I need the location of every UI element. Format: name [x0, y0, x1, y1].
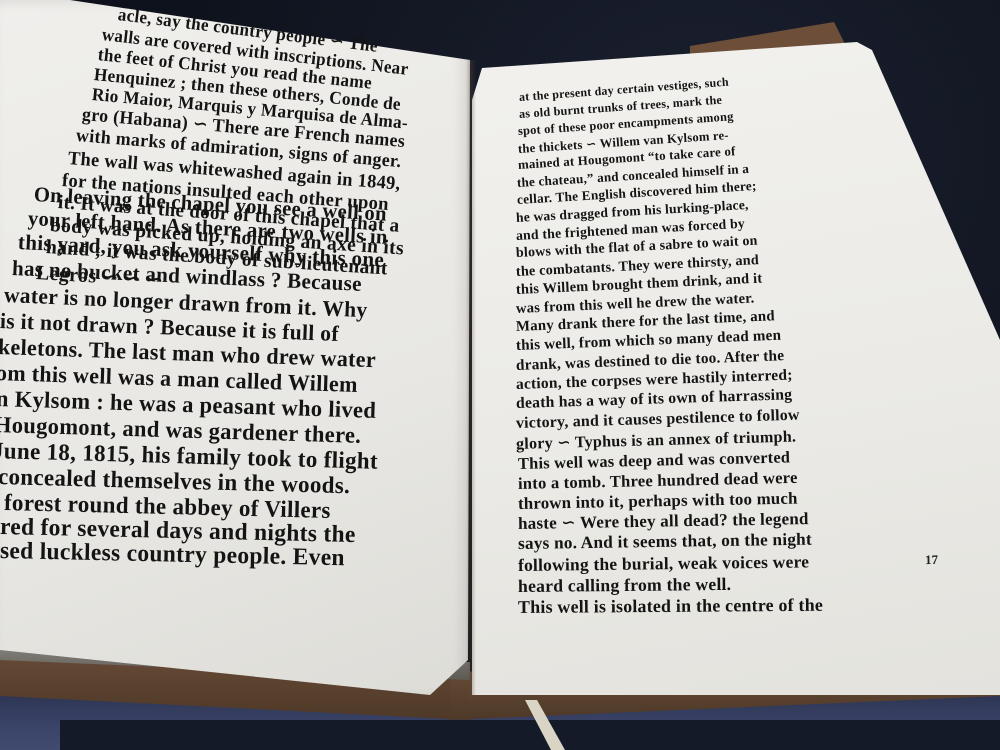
- page-number: 17: [925, 552, 938, 568]
- right-page-line: heard calling from the well.: [518, 574, 731, 597]
- right-page-line: following the burial, weak voices were: [518, 551, 809, 576]
- background-shadow: [60, 720, 1000, 750]
- right-page-line: This well is isolated in the centre of t…: [518, 594, 823, 617]
- book-gutter: [466, 60, 476, 700]
